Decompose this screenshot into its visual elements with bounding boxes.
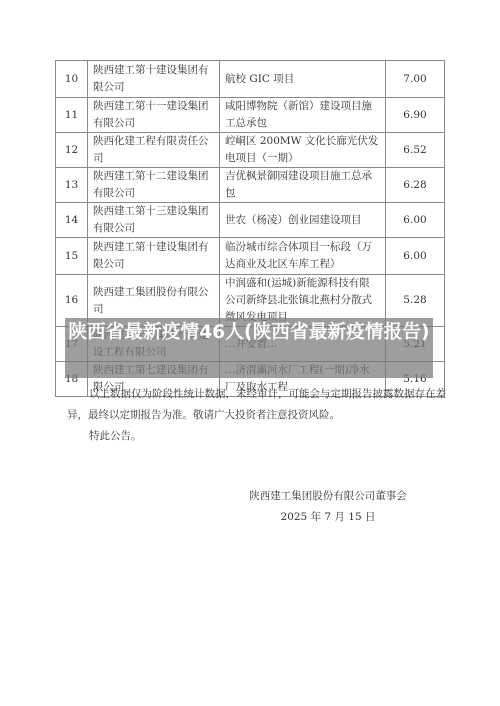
amount-cell: 7.00: [386, 61, 445, 98]
company-cell: 陕西建工第十三建设集团有限公司: [88, 203, 220, 238]
amount-cell: 6.28: [386, 168, 445, 203]
project-cell: 航校 GIC 项目: [220, 61, 386, 98]
company-cell: 陕西化建工程有限责任公司: [88, 133, 220, 168]
project-cell: 吉优枫景御园建设项目施工总承包: [220, 168, 386, 203]
row-number: 10: [56, 61, 88, 98]
notes-section: 以上数据仅为阶段性统计数据，未经审计，可能会与定期报告披露数据存在差异，最终以定…: [67, 384, 447, 447]
project-cell: 世农（杨凌）创业园建设项目: [220, 203, 386, 238]
issue-date: 2025 年 7 月 15 日: [248, 507, 408, 528]
row-number: 13: [56, 168, 88, 203]
company-cell: 陕西建工第十建设集团有限公司: [88, 238, 220, 275]
amount-cell: 6.90: [386, 98, 445, 133]
company-cell: 陕西建工第十建设集团有限公司: [88, 61, 220, 98]
issuer-name: 陕西建工集团股份有限公司董事会: [248, 486, 408, 507]
table-row: 11陕西建工第十一建设集团有限公司咸阳博物院（新馆）建设项目施工总承包6.90: [56, 98, 445, 133]
disclaimer-text: 以上数据仅为阶段性统计数据，未经审计，可能会与定期报告披露数据存在差异，最终以定…: [67, 384, 447, 426]
table-row: 13陕西建工第十二建设集团有限公司吉优枫景御园建设项目施工总承包6.28: [56, 168, 445, 203]
company-cell: 陕西建工第十二建设集团有限公司: [88, 168, 220, 203]
row-number: 12: [56, 133, 88, 168]
table-row: 15陕西建工第十建设集团有限公司临汾城市综合体项目一标段（万达商业及北区车库工程…: [56, 238, 445, 275]
company-cell: 陕西建工第十一建设集团有限公司: [88, 98, 220, 133]
row-number: 15: [56, 238, 88, 275]
amount-cell: 6.00: [386, 203, 445, 238]
project-cell: 临汾城市综合体项目一标段（万达商业及北区车库工程）: [220, 238, 386, 275]
row-number: 11: [56, 98, 88, 133]
project-cell: 咸阳博物院（新馆）建设项目施工总承包: [220, 98, 386, 133]
row-number: 14: [56, 203, 88, 238]
table-row: 14陕西建工第十三建设集团有限公司世农（杨凌）创业园建设项目6.00: [56, 203, 445, 238]
table-row: 10陕西建工第十建设集团有限公司航校 GIC 项目7.00: [56, 61, 445, 98]
table-row: 12陕西化建工程有限责任公司崆峒区 200MW 文化长廊光伏发电项目（一期）6.…: [56, 133, 445, 168]
closing-text: 特此公告。: [67, 426, 447, 447]
signature-block: 陕西建工集团股份有限公司董事会 2025 年 7 月 15 日: [248, 486, 408, 528]
amount-cell: 6.00: [386, 238, 445, 275]
amount-cell: 6.52: [386, 133, 445, 168]
project-cell: 崆峒区 200MW 文化长廊光伏发电项目（一期）: [220, 133, 386, 168]
overlay-title: 陕西省最新疫情46人(陕西省最新疫情报告): [65, 319, 433, 346]
